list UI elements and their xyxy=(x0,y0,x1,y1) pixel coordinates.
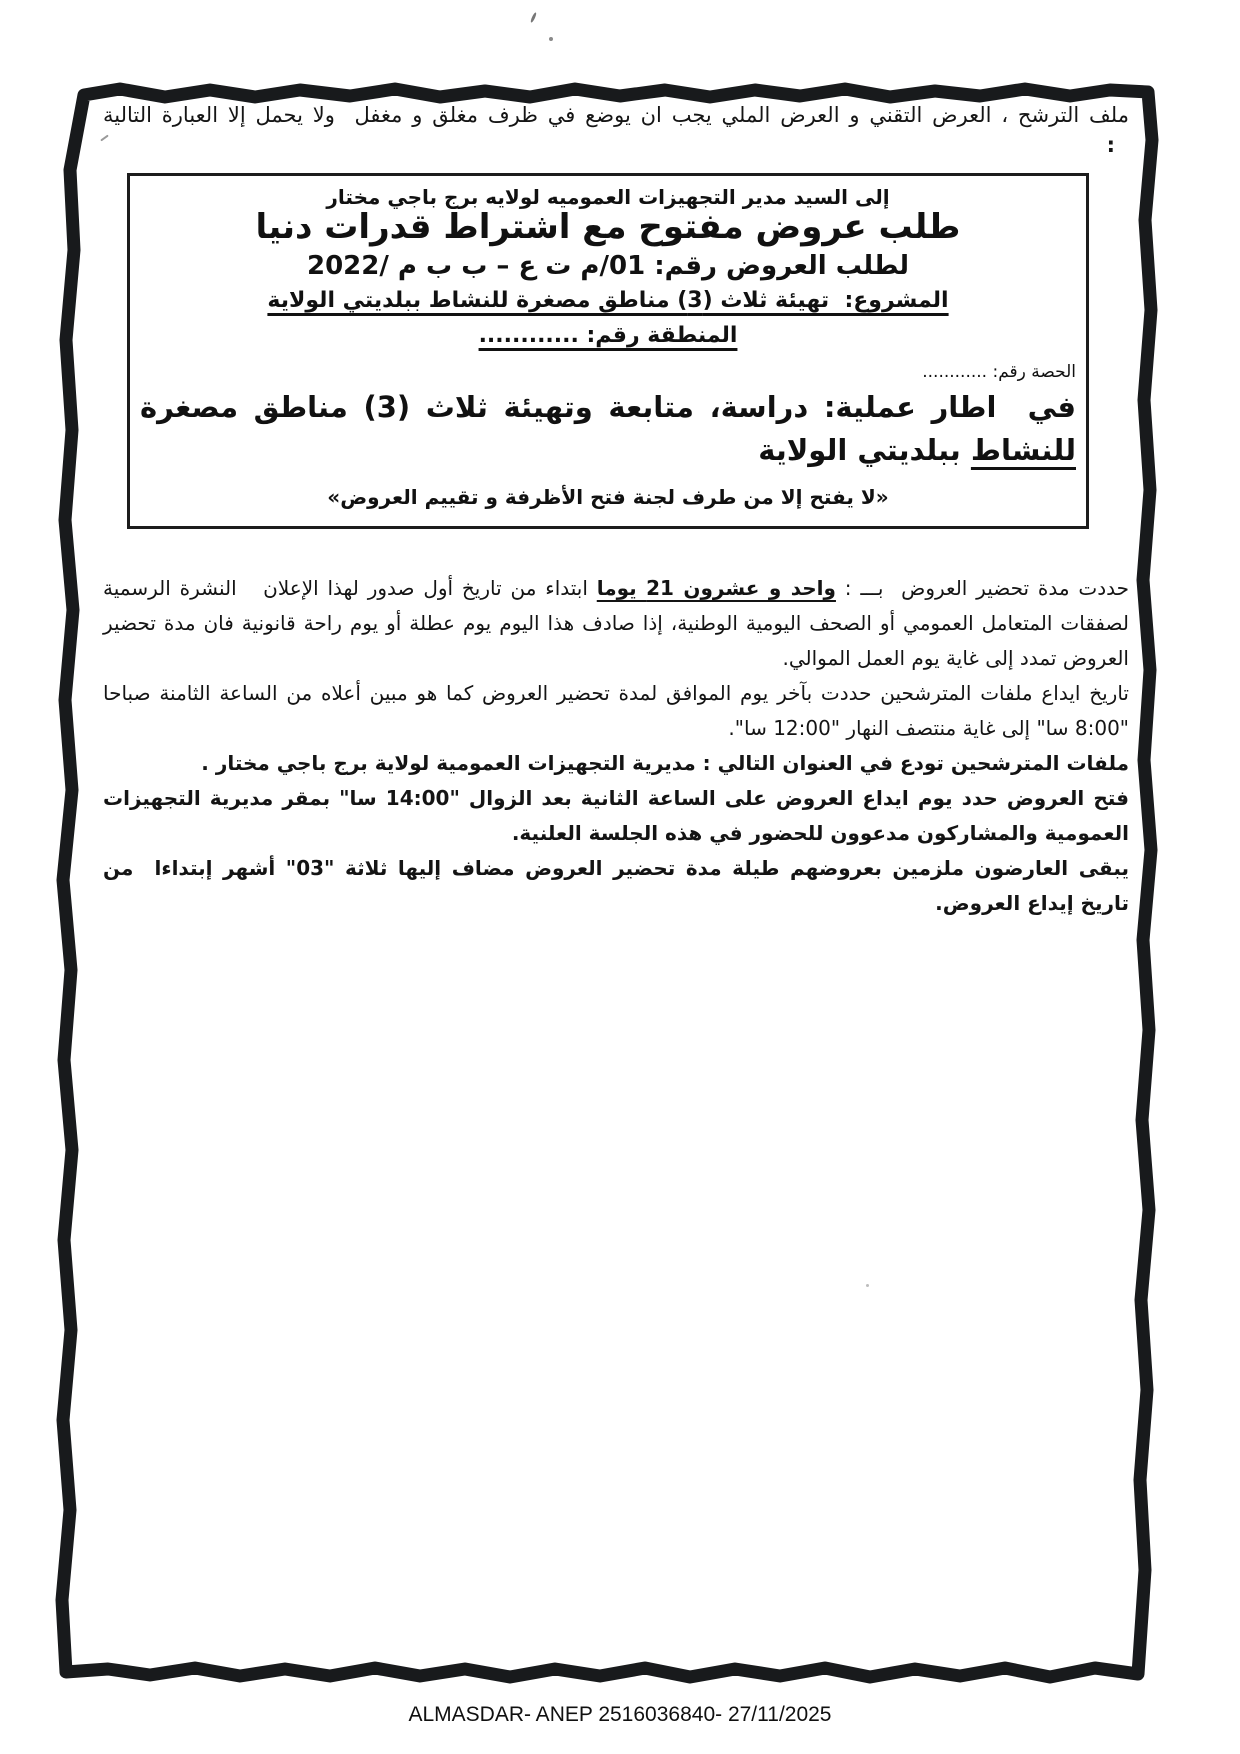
p4-prefix: فتح العروض حدد يوم ايداع العروض على السا… xyxy=(460,786,1129,810)
envelope-instruction-colon: : xyxy=(103,131,1129,159)
p1-prefix: حددت مدة تحضير العروض بـــ : xyxy=(836,576,1129,600)
envelope-instruction-text: ملف الترشح ، العرض التقني و العرض الملي … xyxy=(103,100,1129,131)
scanned-document-page: ملف الترشح ، العرض التقني و العرض الملي … xyxy=(0,0,1240,1754)
paragraph-preparation-period: حددت مدة تحضير العروض بـــ : واحد و عشرو… xyxy=(103,571,1129,676)
publication-footer: ALMASDAR- ANEP 2516036840- 27/11/2025 xyxy=(0,1703,1240,1727)
project-line: المشروع: تهيئة ثلاث (3) مناطق مصغرة للنش… xyxy=(140,284,1076,318)
envelope-label-box: إلى السيد مدير التجهيزات العموميه لولايه… xyxy=(127,173,1089,529)
p4-time-emphasis: "14:00 سا" xyxy=(339,786,460,810)
paragraph-deposit-address: ملفات المترشحين تودع في العنوان التالي :… xyxy=(103,746,1129,781)
operation-line: في اطار عملية: دراسة، متابعة وتهيئة ثلاث… xyxy=(140,386,1076,472)
paragraph-offer-validity: يبقى العارضون ملزمين بعروضهم طيلة مدة تح… xyxy=(103,851,1129,921)
paragraph-deposit-date: تاريخ ايداع ملفات المترشحين حددت بآخر يو… xyxy=(103,676,1129,746)
tender-title: طلب عروض مفتوح مع اشتراط قدرات دنيا xyxy=(140,206,1076,248)
operation-suffix: ببلديتي الولاية xyxy=(758,433,971,467)
operation-prefix: في اطار عملية: دراسة، متابعة وتهيئة ثلاث… xyxy=(140,390,1076,424)
scan-artifact xyxy=(549,37,553,41)
document-content: ملف الترشح ، العرض التقني و العرض الملي … xyxy=(103,100,1129,921)
open-only-by-committee-note: «لا يفتح إلا من طرف لجنة فتح الأظرفة و ت… xyxy=(140,484,1076,510)
operation-underlined-word: للنشاط xyxy=(971,433,1076,467)
paragraph-opening-session: فتح العروض حدد يوم ايداع العروض على السا… xyxy=(103,781,1129,851)
notice-body: حددت مدة تحضير العروض بـــ : واحد و عشرو… xyxy=(103,571,1129,921)
p1-duration-emphasis: واحد و عشرون 21 يوما xyxy=(597,576,836,600)
zone-number-line: المنطقة رقم: ............ xyxy=(140,318,1076,354)
scan-artifact xyxy=(866,1284,869,1287)
tender-reference: لطلب العروض رقم: 01/م ت ع – ب ب م /2022 xyxy=(140,248,1076,284)
lot-number-line: الحصة رقم: ............ xyxy=(140,360,1076,384)
